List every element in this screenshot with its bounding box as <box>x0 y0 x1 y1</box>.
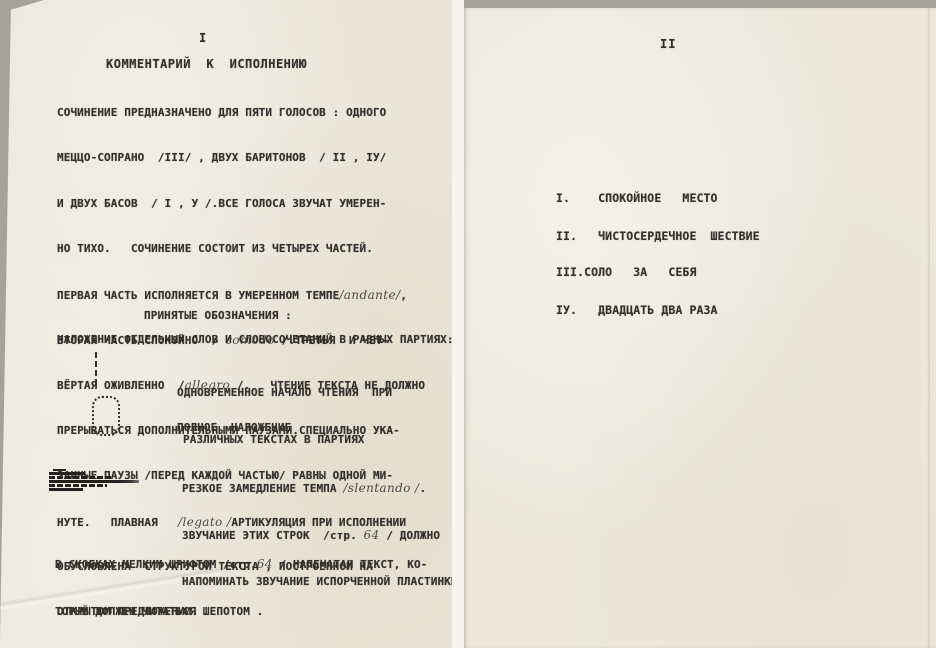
black-bars-slowdown-symbol <box>49 469 141 491</box>
text-line: РЕЗКОЕ ЗАМЕДЛЕНИЕ ТЕМПА /slentando /. <box>182 481 464 502</box>
typed-text: РЕЗКОЕ ЗАМЕДЛЕНИЕ ТЕМПА <box>182 482 343 495</box>
scan-edge-top-left <box>0 0 44 13</box>
scan-edge-right <box>927 8 930 648</box>
text-line: ОДНОВРЕМЕННОЕ НАЧАЛО ЧТЕНИЯ ПРИ <box>177 386 392 407</box>
page-number: I <box>199 31 206 45</box>
movement-title-3: III.СОЛО ЗА СЕБЯ <box>556 265 696 279</box>
page-right: II I. СПОКОЙНОЕ МЕСТО II. ЧИСТОСЕРДЕЧНОЕ… <box>464 8 936 648</box>
typed-text: , <box>400 289 407 302</box>
handwritten-slentando: /slentando / <box>343 481 419 495</box>
notation-subtitle: ПРИНЯТЫЕ ОБОЗНАЧЕНИЯ : <box>144 309 292 322</box>
movement-title-2: II. ЧИСТОСЕРДЕЧНОЕ ШЕСТВИЕ <box>556 229 760 243</box>
typed-text: / НАПЕЧАТАН ТЕКСТ, КО- <box>273 558 428 571</box>
bar-long-line <box>49 480 139 483</box>
bar <box>49 488 83 491</box>
movement-title-4: IУ. ДВАДЦАТЬ ДВА РАЗА <box>556 303 718 317</box>
handwritten-page-number: 64 <box>257 557 273 571</box>
scanned-manuscript-spread: I КОММЕНТАРИЙ К ИСПОЛНЕНИЮ СОЧИНЕНИЕ ПРЕ… <box>0 0 936 648</box>
page-gap <box>452 0 464 648</box>
dotted-rounded-rect-symbol <box>92 396 120 436</box>
whisper-note-paragraph: В СКОБКАХ МЕЛКИМ ШРИФТОМ /стр.64 / НАПЕЧ… <box>55 531 427 648</box>
page-left: I КОММЕНТАРИЙ К ИСПОЛНЕНИЮ СОЧИНЕНИЕ ПРЕ… <box>0 0 452 648</box>
dashed-vertical-line-symbol <box>95 352 97 385</box>
scan-edge-left <box>0 0 11 640</box>
typed-text: НУТЕ. ПЛАВНАЯ <box>57 516 178 529</box>
bar-dashed <box>49 476 111 479</box>
text-line: ПЕРВАЯ ЧАСТЬ ИСПОЛНЯЕТСЯ В УМЕРЕННОМ ТЕМ… <box>57 288 425 307</box>
text-line: НО ТИХО. СОЧИНЕНИЕ СОСТОИТ ИЗ ЧЕТЫРЕХ ЧА… <box>57 242 425 261</box>
legend-item-full-overlap: ПОЛНОЕ НАЛОЖЕНИЕ <box>177 421 291 434</box>
bar-dashed <box>49 484 107 487</box>
movement-title-1: I. СПОКОЙНОЕ МЕСТО <box>556 191 718 205</box>
bar-stub <box>53 469 66 471</box>
text-line: ТОРЫЙ ДОЛЖЕН ЧИТАТЬСЯ ШЕПОТОМ . <box>55 605 427 627</box>
typed-text: ВЁРТАЯ ОЖИВЛЕННО / <box>57 379 185 392</box>
typed-text: В СКОБКАХ МЕЛКИМ ШРИФТОМ /стр. <box>55 558 257 571</box>
typed-text: . <box>419 482 426 495</box>
text-line: РАЗЛИЧНЫХ ТЕКСТАХ В ПАРТИЯХ <box>177 433 392 454</box>
page-number: II <box>660 37 676 51</box>
typed-text: ПЕРВАЯ ЧАСТЬ ИСПОЛНЯЕТСЯ В УМЕРЕННОМ ТЕМ… <box>57 289 339 302</box>
text-line: В СКОБКАХ МЕЛКИМ ШРИФТОМ /стр.64 / НАПЕЧ… <box>55 557 427 579</box>
handwritten-tempo-andante: /andante/ <box>339 288 400 302</box>
page-title: КОММЕНТАРИЙ К ИСПОЛНЕНИЮ <box>106 57 307 71</box>
legend-intro-line: НАЛОЖЕНИЕ ОТДЕЛЬНЫХ СЛОВ И СЛОВОСОЧЕТАНИ… <box>57 333 454 346</box>
text-line: И ДВУХ БАСОВ / I , У /.ВСЕ ГОЛОСА ЗВУЧАТ… <box>57 197 425 216</box>
bar <box>49 472 85 475</box>
text-line: МЕЦЦО-СОПРАНО /III/ , ДВУХ БАРИТОНОВ / I… <box>57 151 425 170</box>
text-line: СОЧИНЕНИЕ ПРЕДНАЗНАЧЕНО ДЛЯ ПЯТИ ГОЛОСОВ… <box>57 106 425 125</box>
